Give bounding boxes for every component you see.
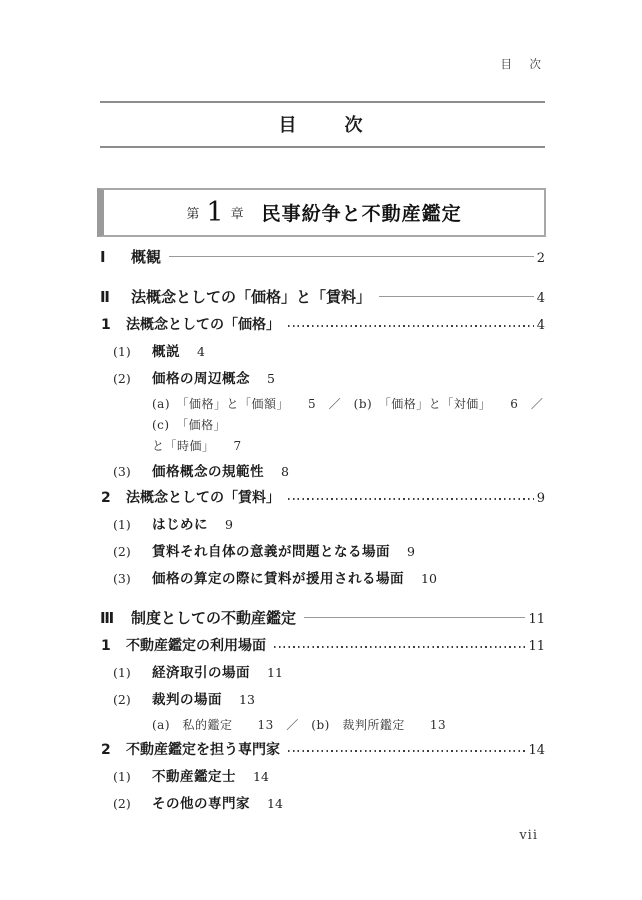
toc-section-label: 2 — [100, 741, 126, 760]
toc-entry-item: (3)価格の算定の際に賃料が援用される場面10 — [100, 569, 545, 589]
toc-item-page: 10 — [421, 571, 437, 586]
toc-item-title: はじめに — [152, 517, 208, 533]
toc-entry-item: (1)不動産鑑定士14 — [100, 767, 545, 787]
toc-section-page: 14 — [528, 741, 545, 760]
toc-entry-item: (1)はじめに9 — [100, 515, 545, 535]
toc-part-page: 11 — [528, 610, 545, 629]
toc-item-title: 価格の算定の際に賃料が援用される場面 — [152, 571, 404, 587]
toc-list: Ⅰ概観2Ⅱ法概念としての「価格」と「賃料」41法概念としての「価格」4(1)概説… — [100, 246, 545, 821]
toc-item-page: 9 — [225, 517, 233, 532]
toc-entry-section: 2不動産鑑定を担う専門家14 — [100, 741, 545, 760]
toc-item-label: (2) — [113, 542, 152, 561]
toc-item-page: 14 — [253, 769, 269, 784]
toc-item-title: 裁判の場面 — [152, 692, 222, 708]
toc-section-label: 1 — [100, 316, 126, 335]
toc-item-title: 価格概念の規範性 — [152, 464, 264, 480]
toc-entry-item: (1)概説4 — [100, 342, 545, 362]
toc-item-label: (3) — [113, 569, 152, 588]
toc-item-page: 9 — [407, 544, 415, 559]
running-head: 目 次 — [501, 56, 545, 72]
toc-item-label: (1) — [113, 515, 152, 534]
toc-entry-section: 1法概念としての「価格」4 — [100, 316, 545, 335]
page-folio: vii — [519, 828, 538, 843]
toc-section-page: 4 — [537, 316, 545, 335]
toc-detail-line: (a) 「価格」と「価額」 5 ／ (b) 「価格」と「対価」 6 ／ (c) … — [152, 394, 545, 436]
chapter-suffix: 章 — [231, 203, 244, 222]
toc-item-title: 価格の周辺概念 — [152, 371, 250, 387]
chapter-prefix: 第 — [186, 203, 199, 222]
toc-entry-section: 2法概念としての「賃料」9 — [100, 489, 545, 508]
toc-entry-section: 1不動産鑑定の利用場面11 — [100, 637, 545, 656]
toc-leader — [169, 256, 534, 258]
toc-item-label: (1) — [113, 663, 152, 682]
toc-entry-item: (2)裁判の場面13 — [100, 690, 545, 710]
toc-item-title: 賃料それ自体の意義が問題となる場面 — [152, 544, 390, 560]
page-title: 目 次 — [100, 111, 545, 137]
toc-part-label: Ⅱ — [100, 288, 131, 307]
toc-item-page: 11 — [267, 665, 283, 680]
toc-entry-part: Ⅲ制度としての不動産鑑定11 — [100, 609, 545, 629]
book-toc-page: 目 次 目 次 第 1 章 民事紛争と不動産鑑定 Ⅰ概観2Ⅱ法概念としての「価格… — [0, 0, 642, 900]
toc-item-page: 14 — [267, 796, 283, 811]
toc-leader — [379, 296, 534, 298]
title-rule-top — [100, 101, 545, 103]
toc-item-label: (3) — [113, 462, 152, 481]
toc-leader — [288, 325, 534, 327]
toc-entry-item: (2)賃料それ自体の意義が問題となる場面9 — [100, 542, 545, 562]
toc-part-label: Ⅰ — [100, 248, 131, 267]
toc-detail-line: と「時価」 7 — [152, 436, 545, 457]
toc-part-title: 法概念としての「価格」と「賃料」 — [131, 288, 371, 307]
toc-item-page: 13 — [239, 692, 255, 707]
toc-entry-detail: (a) 「価格」と「価額」 5 ／ (b) 「価格」と「対価」 6 ／ (c) … — [100, 394, 545, 457]
toc-section-title: 法概念としての「価格」 — [126, 316, 280, 335]
toc-part-label: Ⅲ — [100, 609, 131, 628]
toc-section-page: 9 — [537, 489, 545, 508]
toc-part-title: 制度としての不動産鑑定 — [131, 609, 296, 628]
toc-entry-part: Ⅰ概観2 — [100, 248, 545, 268]
toc-item-title: その他の専門家 — [152, 796, 250, 812]
toc-section-title: 不動産鑑定を担う専門家 — [126, 741, 280, 760]
toc-leader — [288, 750, 525, 752]
toc-section-page: 11 — [528, 637, 545, 656]
toc-item-label: (1) — [113, 342, 152, 361]
chapter-title: 民事紛争と不動産鑑定 — [262, 199, 462, 226]
toc-item-label: (2) — [113, 369, 152, 388]
toc-part-page: 4 — [537, 289, 545, 308]
toc-entry-item: (2)価格の周辺概念5 — [100, 369, 545, 389]
toc-entry-part: Ⅱ法概念としての「価格」と「賃料」4 — [100, 288, 545, 308]
chapter-number: 1 — [206, 199, 223, 226]
toc-leader — [304, 617, 525, 619]
toc-item-page: 8 — [281, 464, 289, 479]
toc-part-page: 2 — [537, 249, 545, 268]
toc-item-label: (2) — [113, 690, 152, 709]
toc-leader — [288, 498, 534, 500]
toc-item-page: 4 — [197, 344, 205, 359]
toc-entry-item: (1)経済取引の場面11 — [100, 663, 545, 683]
toc-item-page: 5 — [267, 371, 275, 386]
chapter-heading-box: 第 1 章 民事紛争と不動産鑑定 — [97, 188, 546, 237]
toc-entry-item: (2)その他の専門家14 — [100, 794, 545, 814]
toc-entry-item: (3)価格概念の規範性8 — [100, 462, 545, 482]
toc-item-label: (1) — [113, 767, 152, 786]
title-rule-bottom — [100, 146, 545, 148]
toc-section-title: 不動産鑑定の利用場面 — [126, 637, 266, 656]
toc-section-label: 2 — [100, 489, 126, 508]
toc-section-label: 1 — [100, 637, 126, 656]
toc-entry-detail: (a) 私的鑑定 13 ／ (b) 裁判所鑑定 13 — [100, 715, 545, 736]
toc-item-title: 不動産鑑定士 — [152, 769, 236, 785]
toc-detail-line: (a) 私的鑑定 13 ／ (b) 裁判所鑑定 13 — [152, 715, 545, 736]
toc-leader — [274, 646, 525, 648]
toc-item-title: 経済取引の場面 — [152, 665, 250, 681]
toc-section-title: 法概念としての「賃料」 — [126, 489, 280, 508]
toc-item-label: (2) — [113, 794, 152, 813]
toc-item-title: 概説 — [152, 344, 180, 360]
toc-part-title: 概観 — [131, 248, 161, 267]
